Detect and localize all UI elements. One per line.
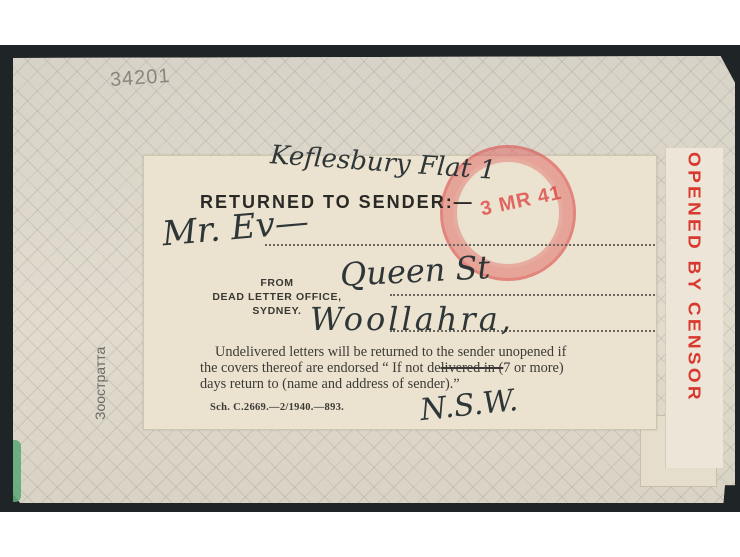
notice-struck-text: livered in (	[441, 360, 504, 376]
notice-struck-prefix: de	[427, 360, 441, 376]
notice-line: the covers thereof are endorsed “ If not…	[200, 360, 660, 376]
censor-label: OPENED BY CENSOR	[683, 152, 703, 403]
green-stamp-edge	[13, 440, 21, 502]
address-line-2	[390, 294, 655, 296]
address-line-1	[265, 244, 655, 246]
notice-line-2a: the covers thereof are endorsed “ If not	[200, 360, 427, 376]
from-line: FROM	[196, 276, 358, 290]
notice-line-2b: 7 or more)	[503, 360, 563, 376]
handwritten-line-2: Queen St	[339, 248, 491, 294]
pencil-side-note: Зоостраттa	[92, 347, 108, 420]
notice-line: days return to (name and address of send…	[200, 376, 660, 392]
notice-line: Undelivered letters will be returned to …	[200, 344, 660, 360]
handwritten-line-3: Woollahra,	[310, 300, 514, 338]
pencil-catalog-number: 34201	[109, 65, 171, 92]
notice-text: Undelivered letters will be returned to …	[200, 344, 660, 392]
print-code: Sch. C.2669.—2/1940.—893.	[210, 402, 344, 413]
